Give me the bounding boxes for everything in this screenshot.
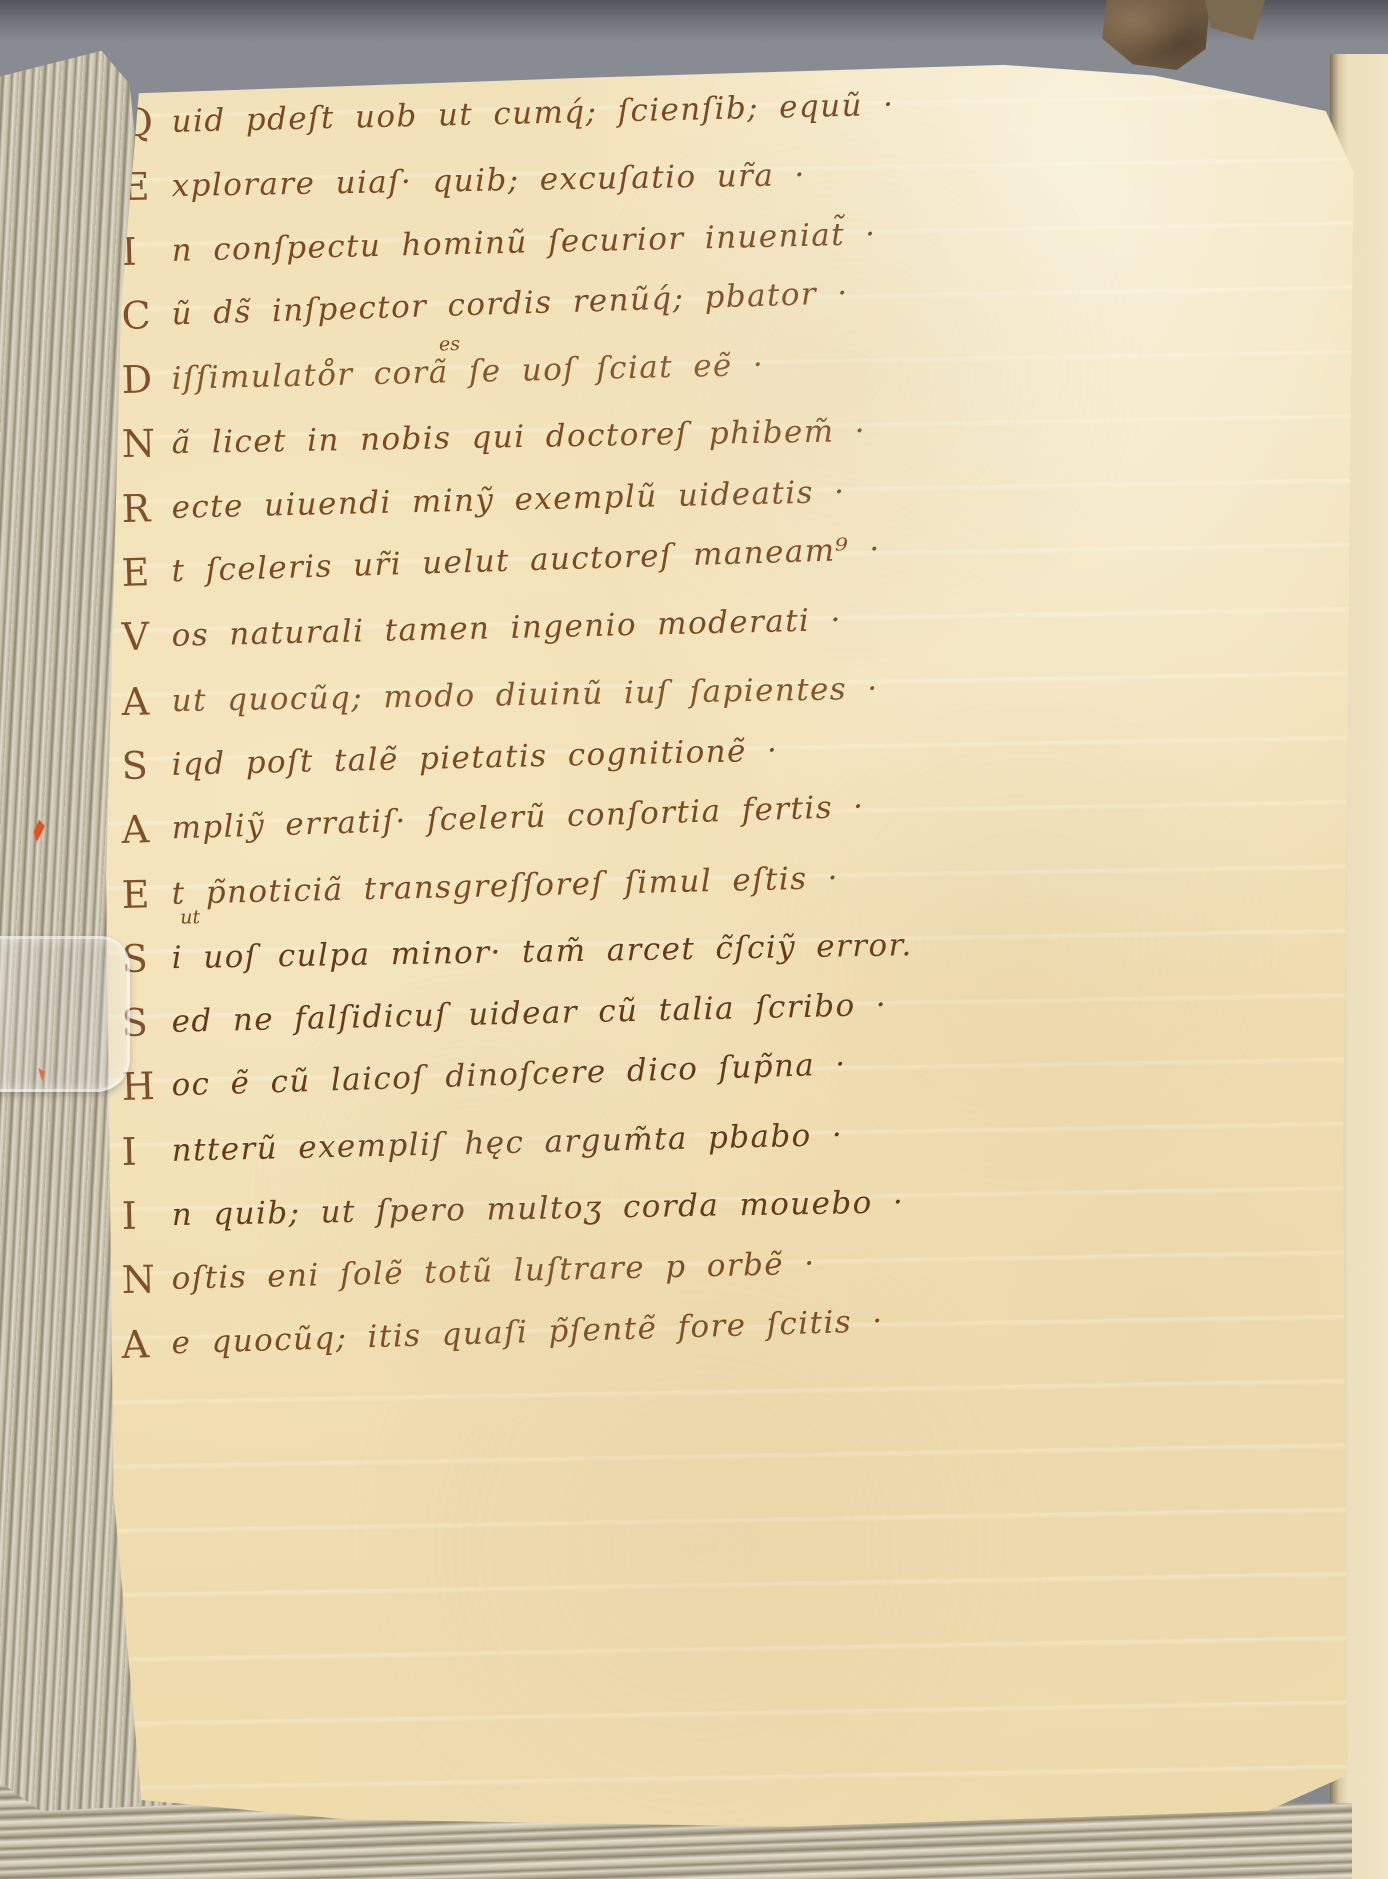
versal-initial: R xyxy=(121,486,168,531)
versal-initial: N xyxy=(121,1257,168,1302)
line-text: iſſimulato̊r corã ſe uoſ ſciat eẽ · xyxy=(171,347,764,397)
versal-initial: I xyxy=(121,229,168,274)
versal-initial: A xyxy=(121,679,168,724)
versal-initial: V xyxy=(121,614,168,659)
interlinear-gloss: es xyxy=(439,333,461,355)
versal-initial: I xyxy=(121,1129,168,1174)
versal-initial: D xyxy=(121,357,168,402)
binding-fragment xyxy=(1100,0,1210,70)
manuscript-page: ’’ Quid pdeſt uob ut cumq́; ſcienſib; eq… xyxy=(96,56,1356,1832)
versal-initial: C xyxy=(121,292,168,337)
line-text: ecte uiuendi minỹ exemplũ uideatis · xyxy=(171,474,846,526)
manuscript-photo: ’’ Quid pdeſt uob ut cumq́; ſcienſib; eq… xyxy=(0,0,1388,1879)
binding-fragment-small xyxy=(1205,0,1265,40)
versal-initial: N xyxy=(121,422,168,467)
line-text: ntterũ exempliſ hęc argum̃ta pbabo · xyxy=(171,1117,843,1169)
line-text: ã licet in nobis qui doctoreſ phibem̃ · xyxy=(171,413,866,461)
versal-initial: H xyxy=(121,1064,168,1109)
interlinear-gloss: ut xyxy=(180,906,200,928)
versal-initial: E xyxy=(121,550,168,595)
versal-initial: A xyxy=(121,1321,168,1366)
line-text: n quib; ut ſpero multoʒ corda mouebo · xyxy=(171,1184,904,1233)
line-text: iqd poſt talẽ pietatis cognitionẽ · xyxy=(171,733,778,783)
line-text: t p̃noticiã transgreſſoreſ ſimul eſtis … xyxy=(171,860,839,912)
versal-initial: S xyxy=(121,743,168,788)
line-text: i uoſ culpa minor· tam̃ arcet c̃ſciỹ err… xyxy=(171,927,912,976)
line-text: uid pdeſt uob ut cumq́; ſcienſib; equũ · xyxy=(171,87,895,140)
line-text: os naturali tamen ingenio moderati · xyxy=(171,602,842,654)
text-block: Quid pdeſt uob ut cumq́; ſcienſib; equũ … xyxy=(122,98,1302,1384)
line-text: oſtis eni ſolẽ totũ luſtrare p orbẽ · xyxy=(171,1246,816,1297)
versal-initial: A xyxy=(121,807,168,852)
plastic-clip xyxy=(0,936,130,1092)
line-text: n conſpectu hominũ ſecurior inueniat̃ · xyxy=(171,216,877,269)
line-text: xplorare uiaſ· quib; excuſatio ur̃a · xyxy=(171,157,806,204)
versal-initial: I xyxy=(121,1193,168,1238)
line-text: ed ne falſidicuſ uidear cũ talia ſcribo … xyxy=(171,987,887,1040)
line-text: ut quocũq; modo diuinũ iuſ ſapientes · xyxy=(171,670,878,718)
versal-initial: E xyxy=(121,871,168,916)
